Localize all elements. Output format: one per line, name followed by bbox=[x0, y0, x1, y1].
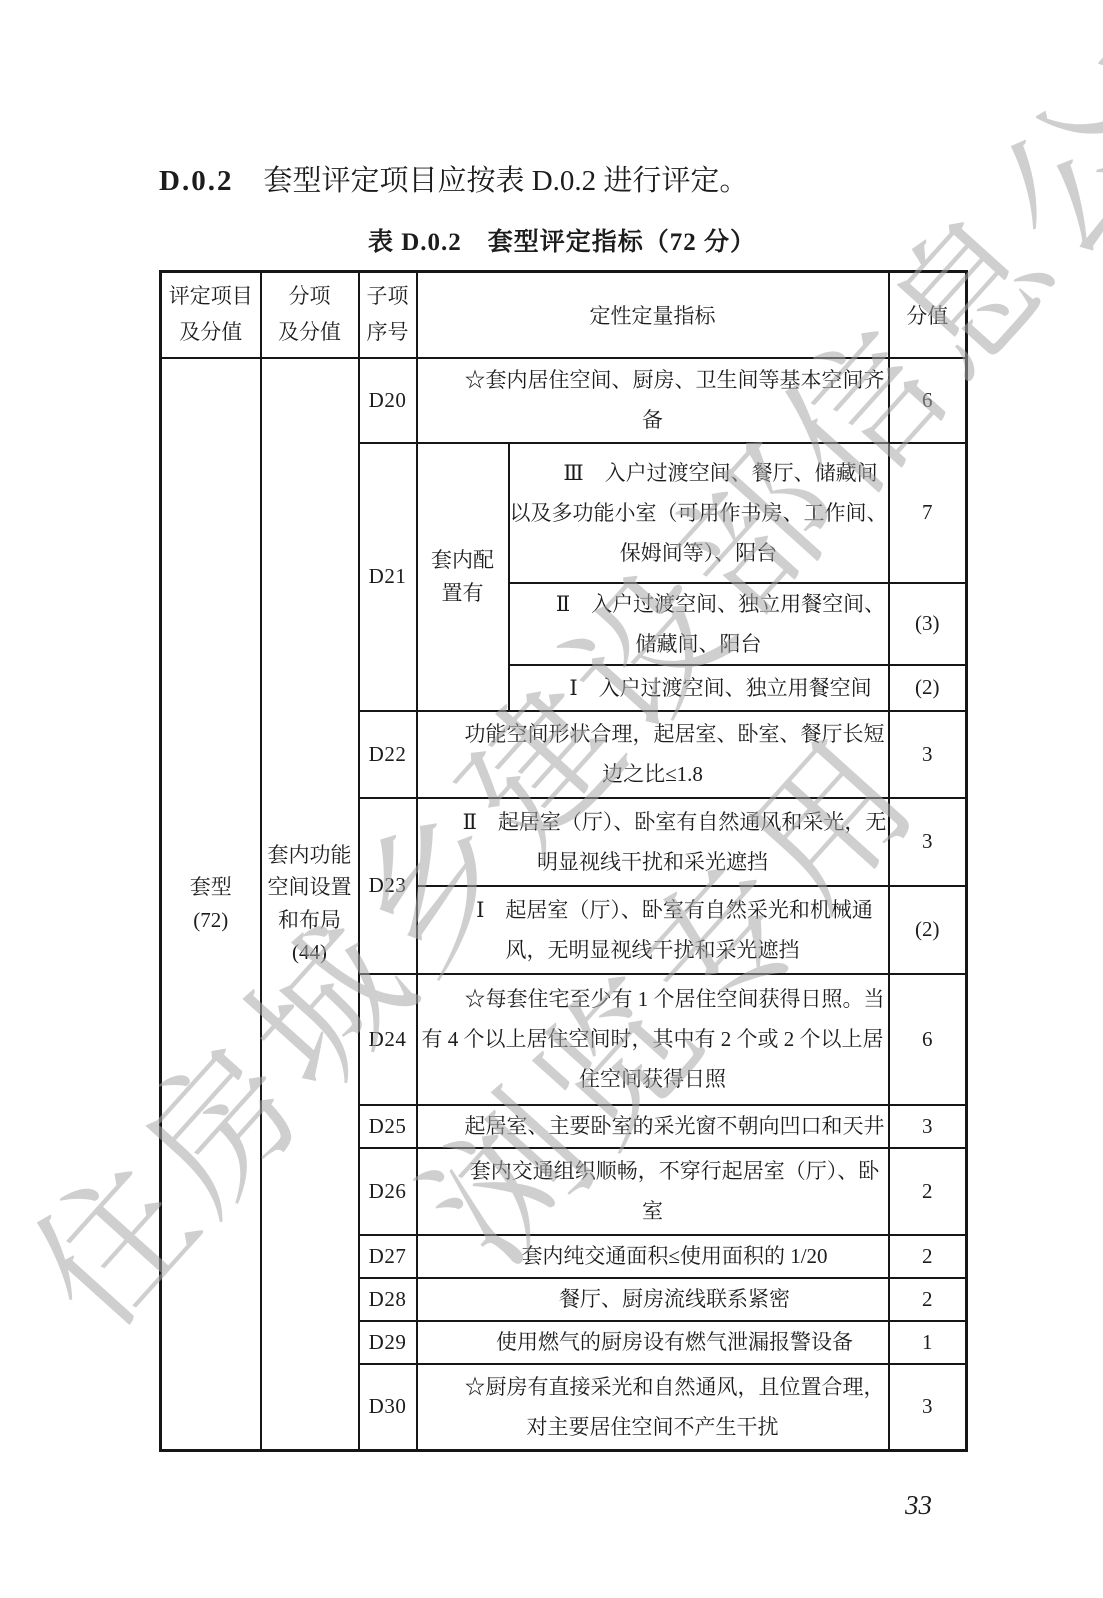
row-score-d21-3: 7 bbox=[889, 443, 967, 583]
row-code-d20: D20 bbox=[359, 358, 417, 443]
page-number: 33 bbox=[905, 1490, 932, 1521]
row-indicator-d22: 功能空间形状合理，起居室、卧室、餐厅长短边之比≤1.8 bbox=[417, 711, 889, 798]
row-indicator-d20: ☆套内居住空间、厨房、卫生间等基本空间齐备 bbox=[417, 358, 889, 443]
row-score-d21-1: (2) bbox=[889, 665, 967, 711]
row-code-d30: D30 bbox=[359, 1364, 417, 1451]
row-score-d27: 2 bbox=[889, 1235, 967, 1278]
row-indicator-d24: ☆每套住宅至少有 1 个居住空间获得日照。当有 4 个以上居住空间时，其中有 2… bbox=[417, 974, 889, 1105]
row-indicator-d28: 餐厅、厨房流线联系紧密 bbox=[417, 1278, 889, 1321]
col-header-indicator: 定性定量指标 bbox=[417, 272, 889, 358]
row-indicator-d21-1: Ⅰ 入户过渡空间、独立用餐空间 bbox=[509, 665, 889, 711]
row-indicator-d21-2: Ⅱ 入户过渡空间、独立用餐空间、储藏间、阳台 bbox=[509, 583, 889, 665]
row-indicator-d21-3: Ⅲ 入户过渡空间、餐厅、储藏间以及多功能小室（可用作书房、工作间、保姆间等）、阳… bbox=[509, 443, 889, 583]
row-score-d28: 2 bbox=[889, 1278, 967, 1321]
row-indicator-d30: ☆厨房有直接采光和自然通风，且位置合理，对主要居住空间不产生干扰 bbox=[417, 1364, 889, 1451]
section-heading: D.0.2套型评定项目应按表 D.0.2 进行评定。 bbox=[159, 158, 748, 199]
row-code-d23: D23 bbox=[359, 798, 417, 974]
row-code-d24: D24 bbox=[359, 974, 417, 1105]
row-score-d24: 6 bbox=[889, 974, 967, 1105]
row-indicator-d29: 使用燃气的厨房设有燃气泄漏报警设备 bbox=[417, 1321, 889, 1364]
row-indicator-d27: 套内纯交通面积≤使用面积的 1/20 bbox=[417, 1235, 889, 1278]
row-indicator-d25: 起居室、主要卧室的采光窗不朝向凹口和天井 bbox=[417, 1105, 889, 1148]
d21-config-label: 套内配 置有 bbox=[417, 443, 509, 711]
row-score-d22: 3 bbox=[889, 711, 967, 798]
row-code-d28: D28 bbox=[359, 1278, 417, 1321]
row-score-d26: 2 bbox=[889, 1148, 967, 1235]
row-score-d29: 1 bbox=[889, 1321, 967, 1364]
col-header-item: 评定项目 及分值 bbox=[161, 272, 261, 358]
row-code-d26: D26 bbox=[359, 1148, 417, 1235]
row-score-d23-2: 3 bbox=[889, 798, 967, 886]
row-indicator-d26: 套内交通组织顺畅，不穿行起居室（厅）、卧室 bbox=[417, 1148, 889, 1235]
row-indicator-d23-1: Ⅰ 起居室（厅）、卧室有自然采光和机械通风，无明显视线干扰和采光遮挡 bbox=[417, 886, 889, 974]
row-indicator-d23-2: Ⅱ 起居室（厅）、卧室有自然通风和采光，无明显视线干扰和采光遮挡 bbox=[417, 798, 889, 886]
rating-table: 评定项目 及分值 分项 及分值 子项 序号 定性定量指标 分值 套型 (72) … bbox=[159, 270, 968, 1452]
col-header-subitem: 分项 及分值 bbox=[261, 272, 359, 358]
row-score-d21-2: (3) bbox=[889, 583, 967, 665]
row-code-d29: D29 bbox=[359, 1321, 417, 1364]
group-item-cell: 套型 (72) bbox=[161, 358, 261, 1451]
row-code-d27: D27 bbox=[359, 1235, 417, 1278]
row-score-d20: 6 bbox=[889, 358, 967, 443]
section-code: D.0.2 bbox=[159, 165, 233, 197]
row-score-d23-1: (2) bbox=[889, 886, 967, 974]
col-header-code: 子项 序号 bbox=[359, 272, 417, 358]
group-subitem-cell: 套内功能 空间设置 和布局 (44) bbox=[261, 358, 359, 1451]
section-text: 套型评定项目应按表 D.0.2 进行评定。 bbox=[263, 165, 748, 197]
row-code-d21: D21 bbox=[359, 443, 417, 711]
table-caption: 表 D.0.2 套型评定指标（72 分） bbox=[159, 222, 965, 258]
row-score-d30: 3 bbox=[889, 1364, 967, 1451]
col-header-score: 分值 bbox=[889, 272, 967, 358]
row-code-d25: D25 bbox=[359, 1105, 417, 1148]
row-score-d25: 3 bbox=[889, 1105, 967, 1148]
row-code-d22: D22 bbox=[359, 711, 417, 798]
